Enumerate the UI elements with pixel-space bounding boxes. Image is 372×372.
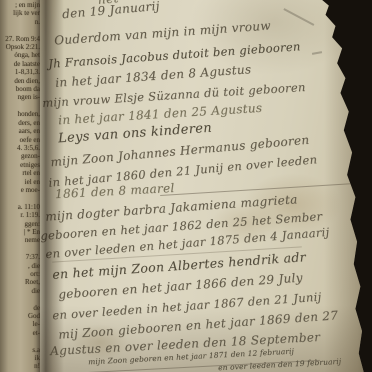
handwritten-line: den 19 Januarij xyxy=(62,0,161,21)
photo-frame: ; en mijn lijk te ver n. 27. Rom 9:4 Ops… xyxy=(0,0,372,372)
pencil-mark xyxy=(312,51,322,55)
printed-text-fragments: ; en mijn lijk te ver n. 27. Rom 9:4 Ops… xyxy=(0,1,40,372)
manuscript-page: het den 19 Januarij Ouderdom van mijn in… xyxy=(40,0,372,372)
printed-page-column: ; en mijn lijk te ver n. 27. Rom 9:4 Ops… xyxy=(0,0,46,372)
pencil-mark xyxy=(284,8,315,25)
